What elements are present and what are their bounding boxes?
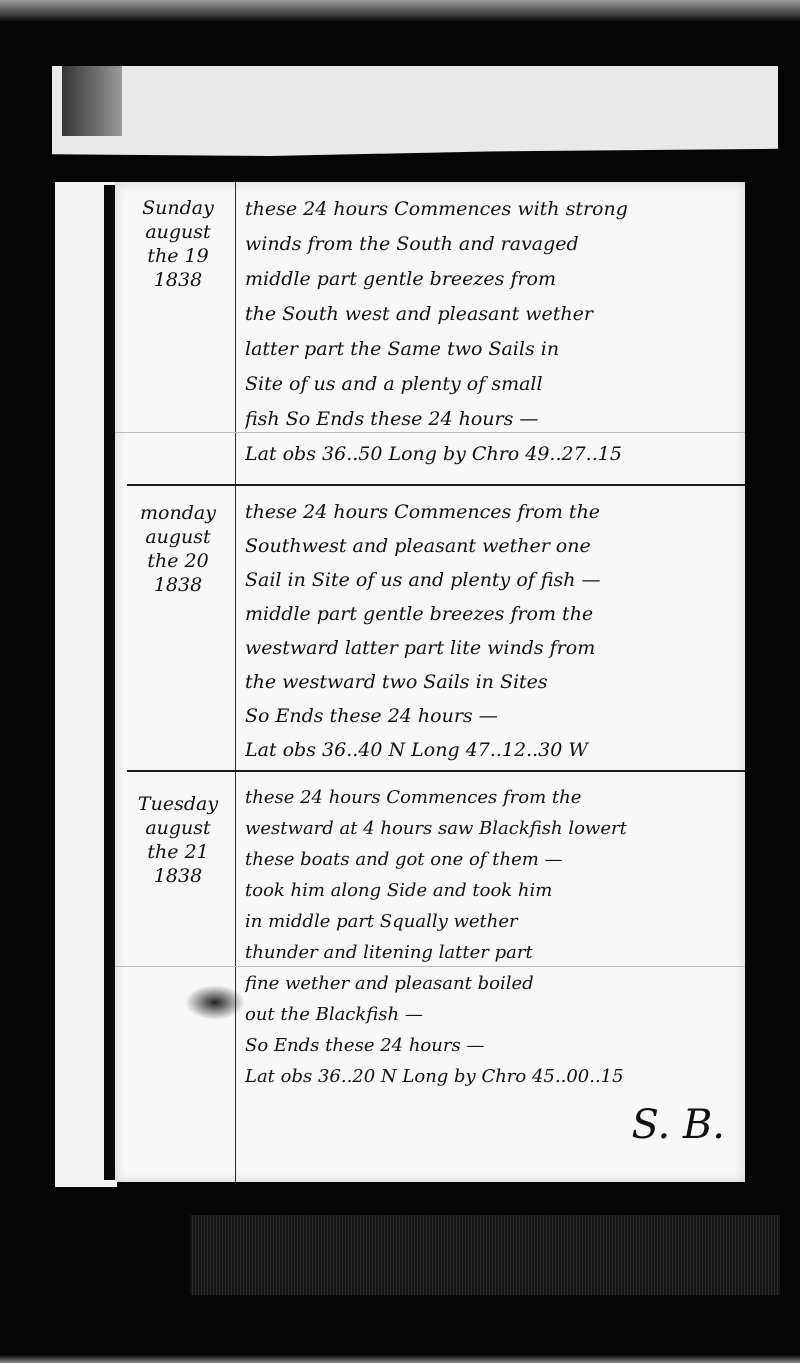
text-line: middle part gentle breezes from the xyxy=(245,597,737,631)
signature: S. B. xyxy=(435,1102,725,1162)
entry-text: these 24 hours Commences from the westwa… xyxy=(245,782,737,1092)
date-year: 1838 xyxy=(123,864,233,888)
text-line: fine wether and pleasant boiled xyxy=(245,968,737,999)
text-line: So Ends these 24 hours — xyxy=(245,699,737,733)
scan-top-edge xyxy=(0,0,800,22)
text-line: winds from the South and ravaged xyxy=(245,227,737,262)
date-column-rule xyxy=(235,182,236,1182)
text-line: westward at 4 hours saw Blackfish lowert xyxy=(245,813,737,844)
entry-text: these 24 hours Commences with strong win… xyxy=(245,192,737,472)
text-line: the westward two Sails in Sites xyxy=(245,665,737,699)
date-month: august xyxy=(123,816,233,840)
scan-bottom-edge xyxy=(0,1355,800,1363)
date-day: monday xyxy=(123,501,233,525)
text-line: these 24 hours Commences from the xyxy=(245,782,737,813)
entry-date: Sunday august the 19 1838 xyxy=(123,196,233,292)
text-line: middle part gentle breezes from xyxy=(245,262,737,297)
entry-text: these 24 hours Commences from the Southw… xyxy=(245,495,737,767)
cloth-background xyxy=(190,1215,780,1295)
ink-smudge xyxy=(185,985,245,1020)
text-line: these 24 hours Commences from the xyxy=(245,495,737,529)
entry-date: monday august the 20 1838 xyxy=(123,501,233,597)
text-line: Site of us and a plenty of small xyxy=(245,367,737,402)
text-line: the South west and pleasant wether xyxy=(245,297,737,332)
text-line: latter part the Same two Sails in xyxy=(245,332,737,367)
position-line: Lat obs 36..40 N Long 47..12..30 W xyxy=(245,733,737,767)
binding-shadow xyxy=(62,66,122,136)
position-line: Lat obs 36..50 Long by Chro 49..27..15 xyxy=(245,437,737,472)
text-line: took him along Side and took him xyxy=(245,875,737,906)
text-line: fish So Ends these 24 hours — xyxy=(245,402,737,437)
text-line: these 24 hours Commences with strong xyxy=(245,192,737,227)
text-line: in middle part Squally wether xyxy=(245,906,737,937)
text-line: Sail in Site of us and plenty of fish — xyxy=(245,563,737,597)
date-number: the 20 xyxy=(123,549,233,573)
previous-page-fragment xyxy=(52,66,778,156)
date-month: august xyxy=(123,525,233,549)
text-line: westward latter part lite winds from xyxy=(245,631,737,665)
entry-divider xyxy=(127,770,745,772)
position-line: Lat obs 36..20 N Long by Chro 45..00..15 xyxy=(245,1061,737,1092)
text-line: Southwest and pleasant wether one xyxy=(245,529,737,563)
text-line: So Ends these 24 hours — xyxy=(245,1030,737,1061)
text-line: these boats and got one of them — xyxy=(245,844,737,875)
date-month: august xyxy=(123,220,233,244)
date-year: 1838 xyxy=(123,268,233,292)
date-number: the 19 xyxy=(123,244,233,268)
date-year: 1838 xyxy=(123,573,233,597)
date-day: Sunday xyxy=(123,196,233,220)
logbook-page: Sunday august the 19 1838 these 24 hours… xyxy=(115,182,745,1182)
entry-divider xyxy=(127,484,745,486)
text-line: out the Blackfish — xyxy=(245,999,737,1030)
date-number: the 21 xyxy=(123,840,233,864)
text-line: thunder and litening latter part xyxy=(245,937,737,968)
entry-date: Tuesday august the 21 1838 xyxy=(123,792,233,888)
date-day: Tuesday xyxy=(123,792,233,816)
